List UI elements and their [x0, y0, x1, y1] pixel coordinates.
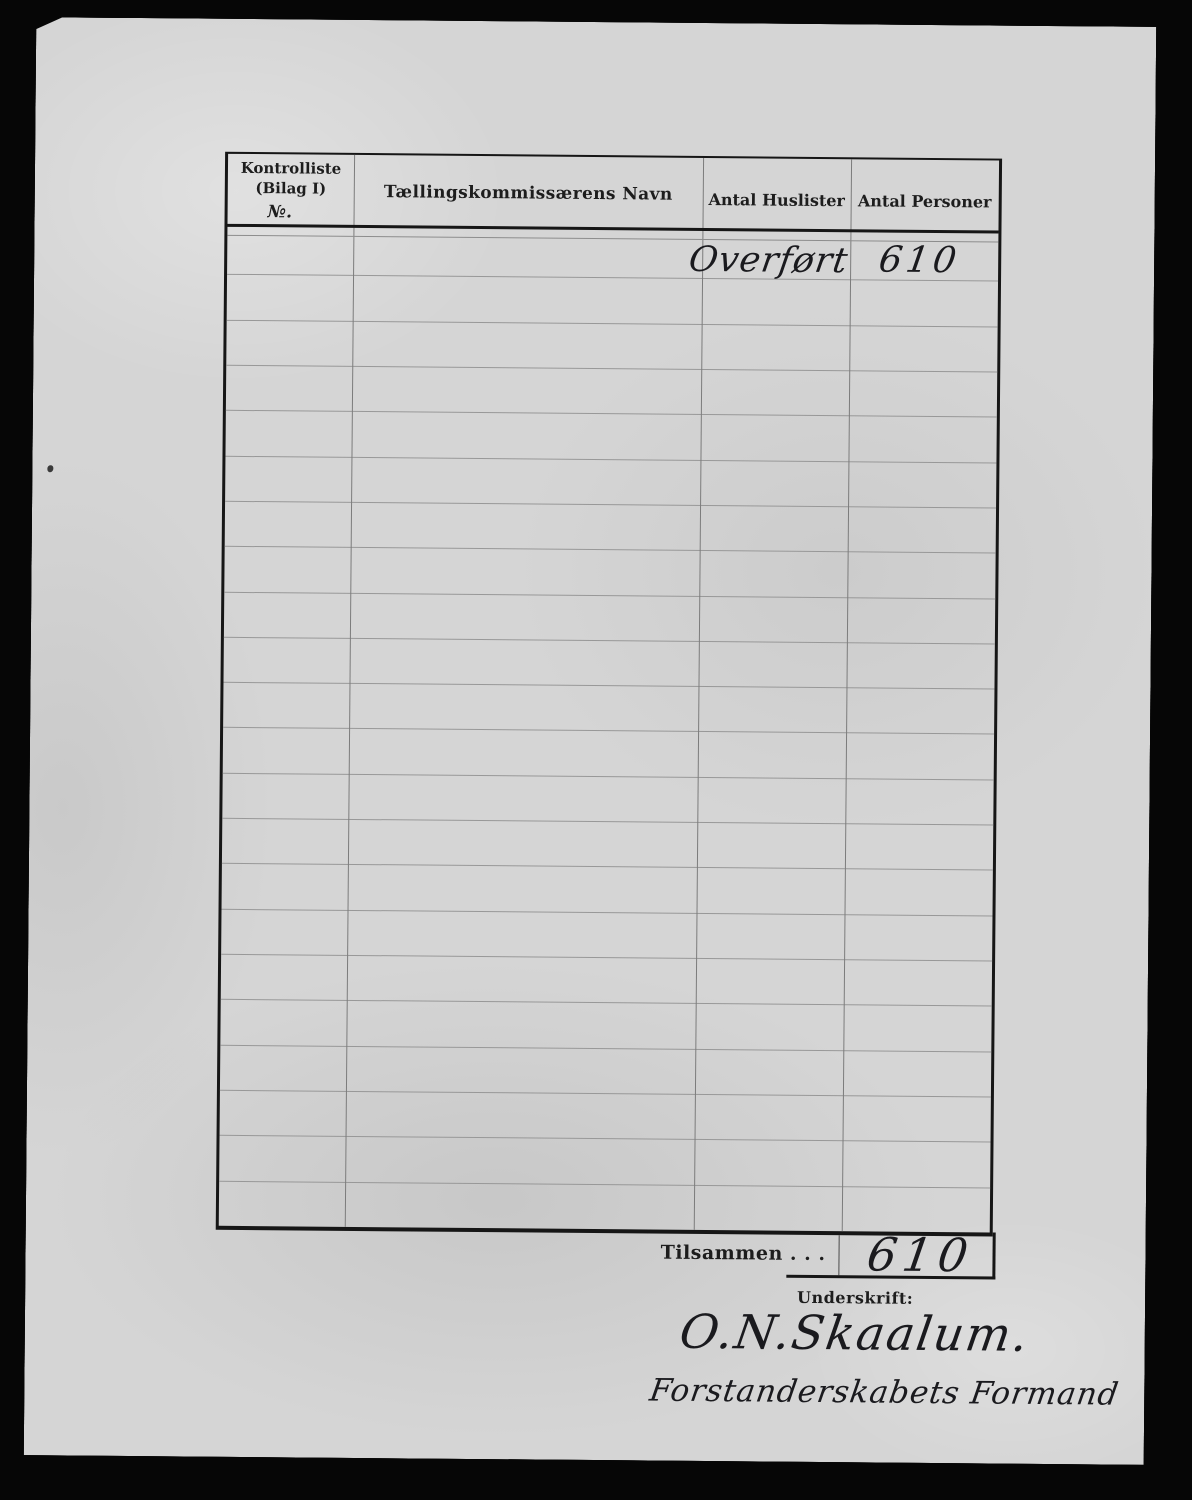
table-row [225, 502, 996, 554]
totals-label: Tilsammen . . . [215, 1238, 825, 1265]
header-cell-navn: Tællingskommissærens Navn [353, 155, 703, 228]
table-row [219, 1136, 990, 1188]
table-row [223, 728, 994, 780]
table-row [222, 774, 993, 826]
totals-value-handwriting: 610 [852, 1227, 990, 1282]
signature-name-handwriting: O.N.Skaalum. [661, 1305, 1049, 1363]
table-row [225, 456, 996, 508]
totals-divider [838, 1235, 839, 1275]
header-kontrolliste-number-sign: №. [228, 201, 354, 224]
table-row [222, 864, 993, 916]
totals-row: Tilsammen . . . 610 [215, 1230, 992, 1277]
table-body-rows [219, 230, 999, 1233]
table-row [227, 275, 998, 327]
header-cell-personer: Antal Personer [850, 159, 999, 230]
table-row [224, 592, 995, 644]
table-header-row: Kontrolliste (Bilag I) №. Tællingskommis… [227, 154, 999, 234]
paper: Kontrolliste (Bilag I) №. Tællingskommis… [24, 17, 1157, 1465]
table-row [220, 1091, 991, 1143]
table-row [221, 955, 992, 1007]
table-row [220, 1000, 991, 1052]
table-row [226, 320, 997, 372]
signature-title-handwriting: Forstanderskabets Formand [632, 1372, 1137, 1412]
table-row [223, 683, 994, 735]
table-row [219, 1181, 990, 1232]
header-cell-kontrolliste: Kontrolliste (Bilag I) №. [227, 154, 354, 225]
totals-right-border [992, 1233, 995, 1280]
carryover-personer-handwriting: 610 [876, 240, 963, 282]
table-row [224, 547, 995, 599]
table-row [226, 366, 997, 418]
header-kontrolliste-line2: (Bilag I) [255, 179, 326, 198]
header-cell-huslister: Antal Huslister [702, 158, 851, 229]
scan-background: { "page": { "background_color": "#060606… [0, 0, 1192, 1500]
table-row [225, 411, 996, 463]
paper-speck [47, 465, 53, 472]
table-row [220, 1045, 991, 1097]
table-row [223, 638, 994, 690]
table-row [222, 819, 993, 871]
census-summary-table: Kontrolliste (Bilag I) №. Tællingskommis… [216, 152, 1002, 1237]
table-row [221, 909, 992, 961]
header-kontrolliste-line1: Kontrolliste [241, 159, 342, 178]
carryover-overfort-handwriting: Overført [686, 240, 851, 281]
